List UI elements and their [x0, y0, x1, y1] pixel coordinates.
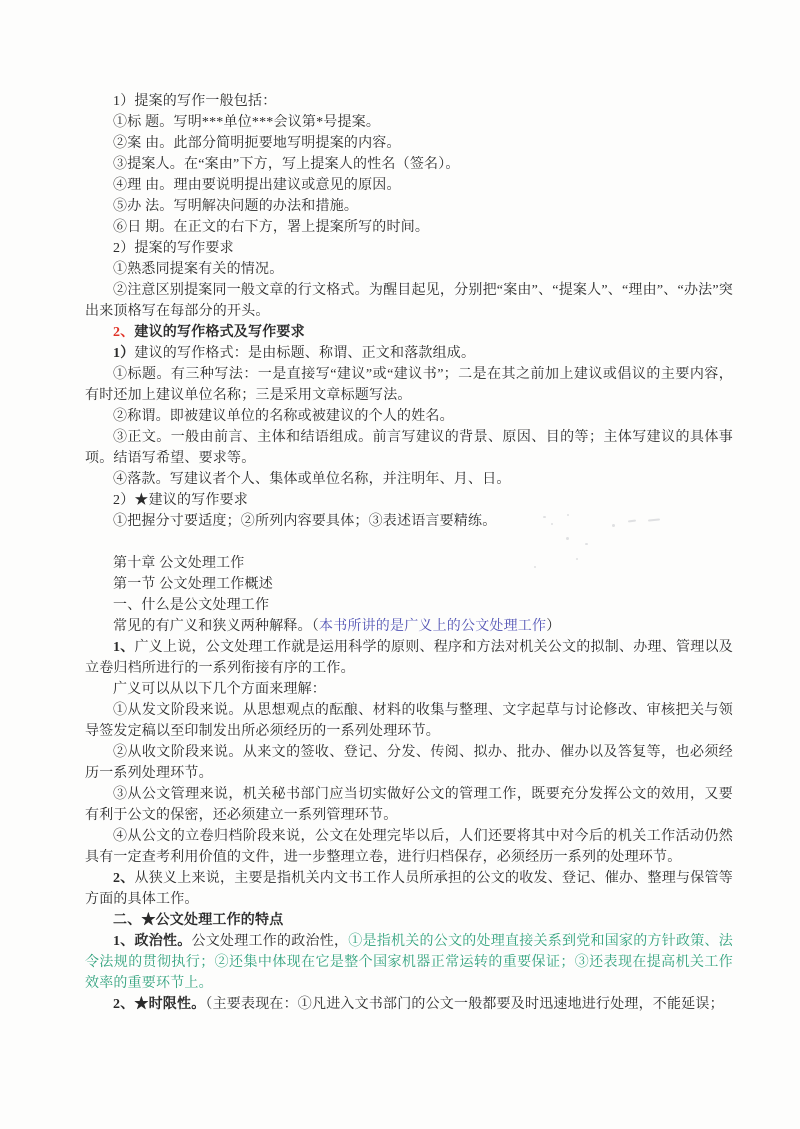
text-segment: 第十章 公文处理工作 — [113, 556, 245, 571]
blank-line — [85, 532, 733, 553]
list-line: ②注意区别提案同一般文章的行文格式。为醒目起见，分别把“案由”、“提案人”、“理… — [85, 280, 733, 322]
text-segment: ②称谓。即被建议单位的名称或被建议的个人的姓名。 — [113, 409, 454, 424]
text-segment: 建议的写作格式：是由标题、称谓、正文和落款组成。 — [134, 346, 475, 361]
list-line: ③正文。一般由前言、主体和结语组成。前言写建议的背景、原因、目的等；主体写建议的… — [85, 427, 733, 469]
list-line: 1）建议的写作格式：是由标题、称谓、正文和落款组成。 — [85, 343, 733, 364]
numbered-heading: 2、建议的写作格式及写作要求 — [85, 322, 733, 343]
scanned-document-page: 1）提案的写作一般包括：①标 题。写明***单位***会议第*号提案。②案 由。… — [0, 0, 800, 1129]
list-line: ③提案人。在“案由”下方，写上提案人的性名（签名）。 — [85, 154, 733, 175]
body-line: ④从公文的立卷归档阶段来说，公文在处理完毕以后，人们还要将其中对今后的机关工作活… — [85, 826, 733, 868]
text-segment: 第一节 公文处理工作概述 — [113, 577, 273, 592]
list-line: ②案 由。此部分简明扼要地写明提案的内容。 — [85, 133, 733, 154]
smudge-dot — [585, 543, 588, 545]
smudge-dot — [534, 566, 536, 568]
body-line: 广义可以从以下几个方面来理解： — [85, 679, 733, 700]
list-line: ②称谓。即被建议单位的名称或被建议的个人的姓名。 — [85, 406, 733, 427]
list-line: ①标 题。写明***单位***会议第*号提案。 — [85, 112, 733, 133]
list-line: ①标题。有三种写法：一是直接写“建议”或“建议书”；二是在其之前加上建议或倡议的… — [85, 364, 733, 406]
text-segment: ②注意区别提案同一般文章的行文格式。为醒目起见，分别把“案由”、“提案人”、“理… — [85, 283, 733, 319]
smudge-dot — [551, 523, 553, 525]
text-segment: ③提案人。在“案由”下方，写上提案人的性名（签名）。 — [113, 157, 460, 172]
text-segment: 1） — [113, 346, 134, 361]
text-segment: ②案 由。此部分简明扼要地写明提案的内容。 — [113, 136, 401, 151]
text-segment: ③从公文管理来说，机关秘书部门应当切实做好公文的管理工作，既要充分发挥公文的效用… — [85, 787, 733, 823]
body-line: ①从发文阶段来说。从思想观点的酝酿、材料的收集与整理、文字起草与讨论修改、审核把… — [85, 700, 733, 742]
list-line: ⑤办 法。写明解决问题的办法和措施。 — [85, 196, 733, 217]
text-segment: ④从公文的立卷归档阶段来说，公文在处理完毕以后，人们还要将其中对今后的机关工作活… — [85, 829, 733, 865]
list-line: 1）提案的写作一般包括： — [85, 91, 733, 112]
text-segment: 广义上说，公文处理工作就是运用科学的原则、程序和方法对机关公文的拟制、办理、管理… — [85, 640, 733, 676]
text-segment: 本书所讲的是广义上的公文处理工作 — [319, 619, 546, 634]
text-segment: ） — [546, 619, 560, 634]
body-line: 常见的有广义和狭义两种解释。（本书所讲的是广义上的公文处理工作） — [85, 616, 733, 637]
text-segment: 从狭义上来说，主要是指机关内文书工作人员所承担的公文的收发、登记、催办、整理与保… — [85, 871, 733, 907]
text-segment: 建议的写作格式及写作要求 — [134, 325, 304, 340]
list-line: ④落款。写建议者个人、集体或单位名称，并注明年、月、日。 — [85, 469, 733, 490]
text-segment: 2、 — [113, 871, 135, 886]
text-segment: ②从收文阶段来说。从来文的签收、登记、分发、传阅、拟办、批办、催办以及答复等，也… — [85, 745, 733, 781]
text-segment: ①把握分寸要适度；②所列内容要具体；③表述语言要精练。 — [113, 514, 496, 529]
chapter-heading: 第十章 公文处理工作 — [85, 553, 733, 574]
list-line: ①熟悉同提案有关的情况。 — [85, 259, 733, 280]
text-segment: （主要表现在：①凡进入文书部门的公文一般都要及时迅速地进行处理，不能延误； — [205, 997, 723, 1012]
body-line: 1、政治性。公文处理工作的政治性，①是指机关的公文的处理直接关系到党和国家的方针… — [85, 931, 733, 994]
text-segment: 2）提案的写作要求 — [113, 241, 234, 256]
text-segment: ④理 由。理由要说明提出建议或意见的原因。 — [113, 178, 401, 193]
body-line: 2、★时限性。（主要表现在：①凡进入文书部门的公文一般都要及时迅速地进行处理，不… — [85, 994, 733, 1015]
text-segment: ①从发文阶段来说。从思想观点的酝酿、材料的收集与整理、文字起草与讨论修改、审核把… — [85, 703, 733, 739]
smudge-dot — [612, 524, 615, 527]
text-segment: 2、★时限性。 — [113, 997, 205, 1012]
text-segment: ①标 题。写明***单位***会议第*号提案。 — [113, 115, 380, 130]
text-segment: 二、★公文处理工作的特点 — [113, 913, 283, 928]
text-segment: 2）★建议的写作要求 — [113, 493, 248, 508]
subsection-heading: 二、★公文处理工作的特点 — [85, 910, 733, 931]
text-segment: 一、什么是公文处理工作 — [113, 598, 269, 613]
text-segment: ①标题。有三种写法：一是直接写“建议”或“建议书”；二是在其之前加上建议或倡议的… — [85, 367, 733, 403]
text-segment: 1、政治性。 — [113, 934, 192, 949]
text-segment: ⑥日 期。在正文的右下方，署上提案所写的时间。 — [113, 220, 429, 235]
smudge-dot — [567, 514, 569, 516]
body-line: 2、从狭义上来说，主要是指机关内文书工作人员所承担的公文的收发、登记、催办、整理… — [85, 868, 733, 910]
list-line: ④理 由。理由要说明提出建议或意见的原因。 — [85, 175, 733, 196]
list-line: ①把握分寸要适度；②所列内容要具体；③表述语言要精练。 — [85, 511, 733, 532]
section-heading: 第一节 公文处理工作概述 — [85, 574, 733, 595]
body-line: ②从收文阶段来说。从来文的签收、登记、分发、传阅、拟办、批办、催办以及答复等，也… — [85, 742, 733, 784]
text-segment: ③正文。一般由前言、主体和结语组成。前言写建议的背景、原因、目的等；主体写建议的… — [85, 430, 733, 466]
smudge-dot — [576, 558, 578, 560]
document-body: 1）提案的写作一般包括：①标 题。写明***单位***会议第*号提案。②案 由。… — [85, 91, 733, 1015]
body-line: 1、广义上说，公文处理工作就是运用科学的原则、程序和方法对机关公文的拟制、办理、… — [85, 637, 733, 679]
text-segment: 1）提案的写作一般包括： — [113, 94, 276, 109]
text-segment: 广义可以从以下几个方面来理解： — [113, 682, 326, 697]
smudge-dot — [543, 516, 546, 518]
list-line: 2）提案的写作要求 — [85, 238, 733, 259]
text-segment: 常见的有广义和狭义两种解释。（ — [113, 619, 319, 634]
text-segment: ⑤办 法。写明解决问题的办法和措施。 — [113, 199, 358, 214]
smudge-dot — [566, 537, 569, 540]
subsection-heading: 一、什么是公文处理工作 — [85, 595, 733, 616]
text-segment: ①熟悉同提案有关的情况。 — [113, 262, 283, 277]
list-line: 2）★建议的写作要求 — [85, 490, 733, 511]
text-segment: ④落款。写建议者个人、集体或单位名称，并注明年、月、日。 — [113, 472, 511, 487]
text-segment: 2、 — [113, 325, 134, 340]
list-line: ⑥日 期。在正文的右下方，署上提案所写的时间。 — [85, 217, 733, 238]
body-line: ③从公文管理来说，机关秘书部门应当切实做好公文的管理工作，既要充分发挥公文的效用… — [85, 784, 733, 826]
text-segment: 1、 — [113, 640, 135, 655]
text-segment: 公文处理工作的政治性， — [192, 934, 349, 949]
